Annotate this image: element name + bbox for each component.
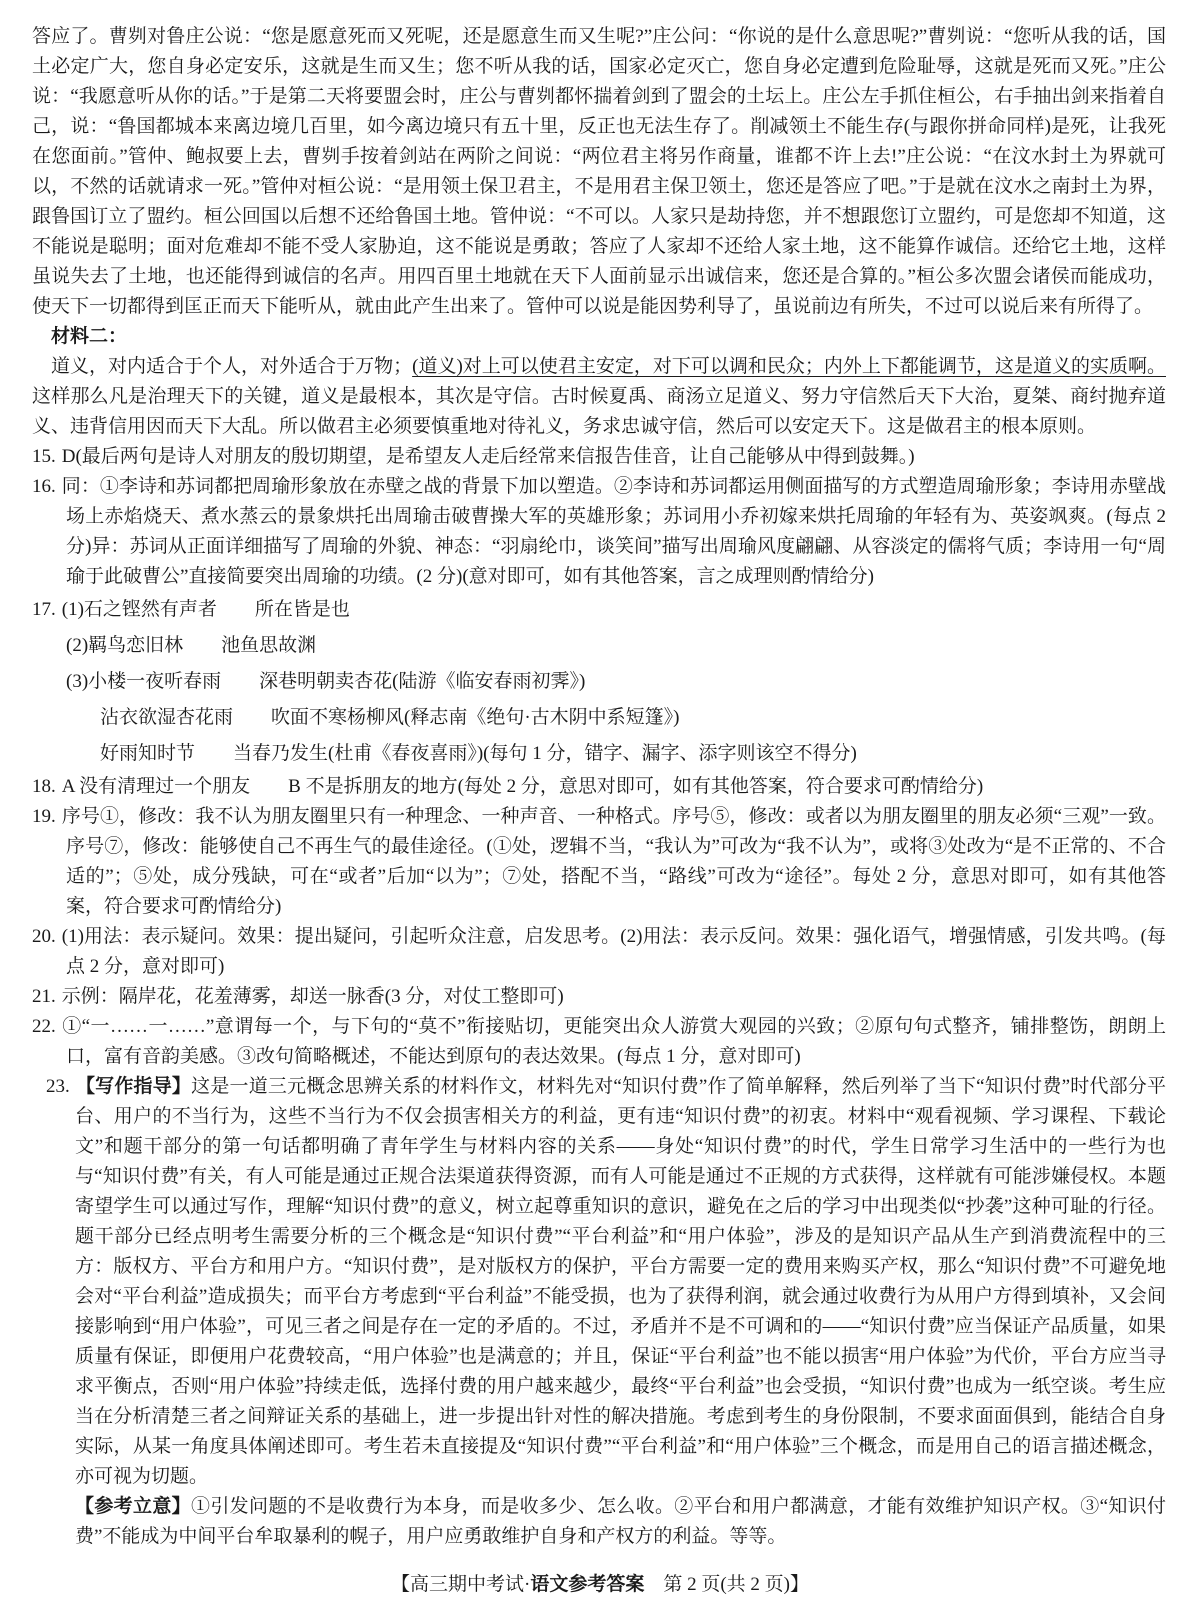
answer-20-text: (1)用法：表示疑问。效果：提出疑问，引起听众注意，启发思考。(2)用法：表示反… (62, 926, 1166, 977)
answer-item-23: 23.【写作指导】这是一道三元概念思辨关系的材料作文，材料先对“知识付费”作了简… (32, 1072, 1166, 1492)
answer-17-blank-2: (2)羁鸟恋旧林 池鱼思故渊 (66, 635, 316, 656)
answer-20-number: 20. (32, 926, 56, 947)
answer-17-blank-3: (3)小楼一夜听春雨 深巷明朝卖杏花(陆游《临安春雨初霁》) (66, 671, 585, 692)
answer-item-16: 16.同：①李诗和苏词都把周瑜形象放在赤壁之战的背景下加以塑造。②李诗和苏词都运… (32, 472, 1166, 592)
material-two-paragraph: 道义，对内适合于个人，对外适合于万物；(道义)对上可以使君主安定，对下可以调和民… (32, 352, 1166, 442)
answer-item-17-line-1: 17.(1)石之铿然有声者 所在皆是也 (32, 592, 1166, 628)
material-two-text-after: 这样那么凡是治理天下的关键，道义是最根本，其次是守信。古时候夏禹、商汤立足道义、… (32, 386, 1166, 437)
material-two-heading: 材料二： (32, 322, 1166, 352)
answer-23-number: 23. (46, 1076, 70, 1097)
answer-17-number: 17. (32, 599, 56, 620)
translation-paragraph: 答应了。曹刿对鲁庄公说：“您是愿意死而又死呢，还是愿意生而又生呢?”庄公问：“你… (32, 22, 1166, 322)
answer-item-18: 18.A 没有清理过一个朋友 B 不是拆朋友的地方(每处 2 分，意思对即可，如… (32, 772, 1166, 802)
answer-item-17-line-3: (3)小楼一夜听春雨 深巷明朝卖杏花(陆游《临安春雨初霁》) (32, 664, 1166, 700)
document-page: 答应了。曹刿对鲁庄公说：“您是愿意死而又死呢，还是愿意生而又生呢?”庄公问：“你… (0, 0, 1200, 1618)
answer-item-17-line-5: 好雨知时节 当春乃发生(杜甫《春夜喜雨》)(每句 1 分，错字、漏字、添字则该空… (32, 736, 1166, 772)
answer-item-19: 19.序号①，修改：我不认为朋友圈里只有一种理念、一种声音、一种格式。序号⑤，修… (32, 802, 1166, 922)
reference-intent-text: ①引发问题的不是收费行为本身，而是收多少、怎么收。②平台和用户都满意，才能有效维… (75, 1496, 1166, 1547)
answer-item-22: 22.①“一……一……”意谓每一个，与下句的“莫不”衔接贴切，更能突出众人游赏大… (32, 1012, 1166, 1072)
answer-item-15: 15.D(最后两句是诗人对朋友的殷切期望，是希望友人走后经常来信报告佳音，让自己… (32, 442, 1166, 472)
answer-17-blank-5: 好雨知时节 当春乃发生(杜甫《春夜喜雨》)(每句 1 分，错字、漏字、添字则该空… (100, 743, 857, 764)
answer-17-blank-1: (1)石之铿然有声者 所在皆是也 (62, 599, 350, 620)
reference-intent-label: 【参考立意】 (75, 1496, 191, 1517)
page-footer: 【高三期中考试·语文参考答案 第 2 页(共 2 页)】 (0, 1570, 1200, 1600)
material-two-text-before: 道义，对内适合于个人，对外适合于万物； (51, 356, 412, 377)
answer-18-text: A 没有清理过一个朋友 B 不是拆朋友的地方(每处 2 分，意思对即可，如有其他… (62, 776, 984, 797)
writing-guide-label: 【写作指导】 (76, 1076, 191, 1097)
answer-19-number: 19. (32, 806, 56, 827)
answer-18-number: 18. (32, 776, 56, 797)
answer-19-text: 序号①，修改：我不认为朋友圈里只有一种理念、一种声音、一种格式。序号⑤，修改：或… (62, 806, 1166, 917)
footer-exam-title: 【高三期中考试· (391, 1574, 530, 1595)
answer-21-number: 21. (32, 986, 56, 1007)
material-two-underlined-passage: (道义)对上可以使君主安定，对下可以调和民众；内外上下都能调节，这是道义的实质啊… (412, 356, 1166, 377)
answer-15-number: 15. (32, 446, 56, 467)
answer-item-21: 21.示例：隔岸花，花羞薄雾，却送一脉香(3 分，对仗工整即可) (32, 982, 1166, 1012)
answer-22-number: 22. (32, 1016, 56, 1037)
footer-subject-title: 语文参考答案 (530, 1574, 644, 1595)
answer-16-number: 16. (32, 476, 56, 497)
answer-item-17-line-4: 沾衣欲湿杏花雨 吹面不寒杨柳风(释志南《绝句·古木阴中系短篷》) (32, 700, 1166, 736)
answer-16-text: 同：①李诗和苏词都把周瑜形象放在赤壁之战的背景下加以塑造。②李诗和苏词都运用侧面… (62, 476, 1166, 587)
reference-intent-block: 【参考立意】①引发问题的不是收费行为本身，而是收多少、怎么收。②平台和用户都满意… (32, 1492, 1166, 1552)
footer-page-number: 第 2 页(共 2 页)】 (644, 1574, 809, 1595)
answer-21-text: 示例：隔岸花，花羞薄雾，却送一脉香(3 分，对仗工整即可) (62, 986, 564, 1007)
writing-guide-text: 这是一道三元概念思辨关系的材料作文，材料先对“知识付费”作了简单解释，然后列举了… (75, 1076, 1166, 1487)
answer-item-17-line-2: (2)羁鸟恋旧林 池鱼思故渊 (32, 628, 1166, 664)
answer-22-text: ①“一……一……”意谓每一个，与下句的“莫不”衔接贴切，更能突出众人游赏大观园的… (62, 1016, 1166, 1067)
answer-item-20: 20.(1)用法：表示疑问。效果：提出疑问，引起听众注意，启发思考。(2)用法：… (32, 922, 1166, 982)
answer-15-text: D(最后两句是诗人对朋友的殷切期望，是希望友人走后经常来信报告佳音，让自己能够从… (62, 446, 915, 467)
answer-17-blank-4: 沾衣欲湿杏花雨 吹面不寒杨柳风(释志南《绝句·古木阴中系短篷》) (100, 707, 679, 728)
